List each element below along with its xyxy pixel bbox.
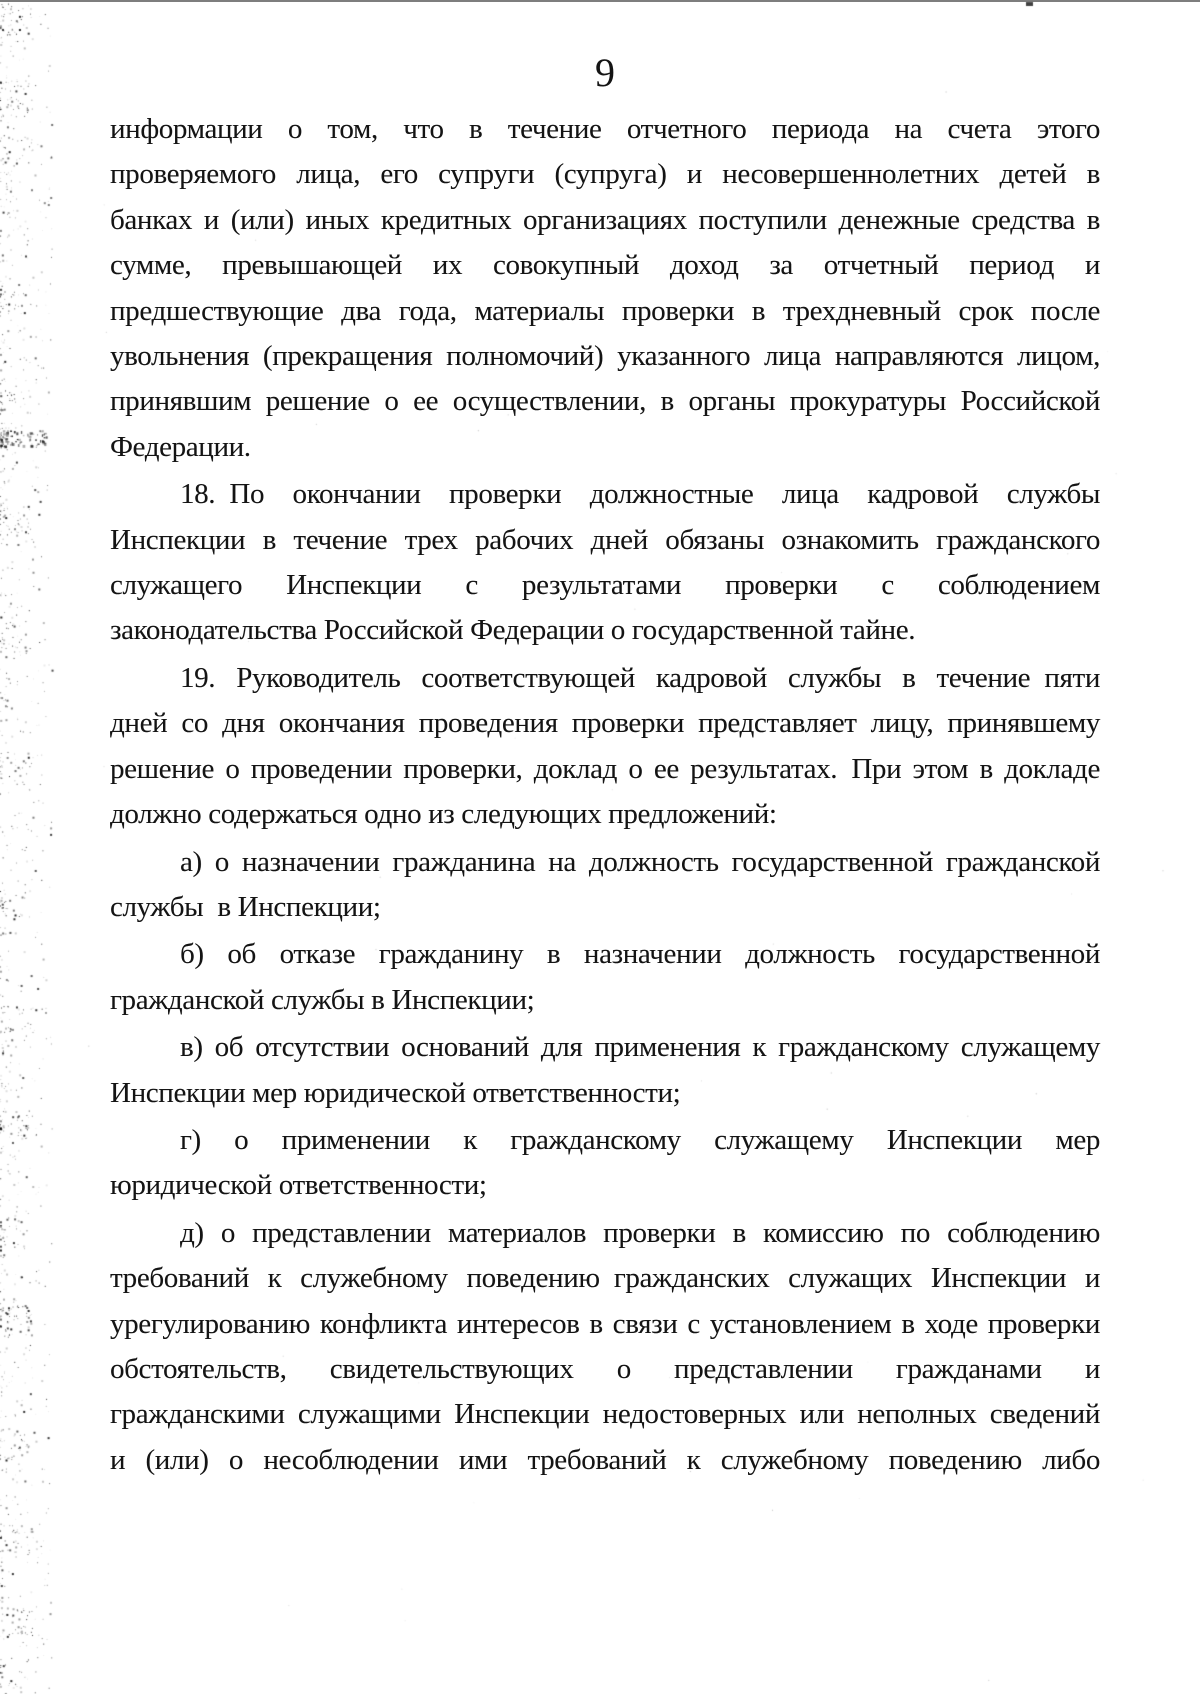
list-item-v: в) об отсутствии оснований для применени… bbox=[110, 1025, 1100, 1116]
text-line: Федерации. bbox=[110, 425, 1100, 470]
page-number: 9 bbox=[110, 52, 1100, 94]
text-line: урегулированию конфликта интересов в свя… bbox=[110, 1302, 1100, 1347]
text-line: банках и (или) иных кредитных организаци… bbox=[110, 198, 1100, 243]
text-line: и (или) о несоблюдении ими требований к … bbox=[110, 1438, 1100, 1483]
text-line: Инспекции в течение трех рабочих дней об… bbox=[110, 518, 1100, 563]
text-line: 19. Руководитель соответствующей кадрово… bbox=[110, 656, 1100, 701]
document-body: информации о том, что в течение отчетног… bbox=[110, 107, 1100, 1483]
paragraph-19: 19. Руководитель соответствующей кадрово… bbox=[110, 656, 1100, 838]
text-line: должно содержаться одно из следующих пре… bbox=[110, 792, 1100, 837]
text-line: обстоятельств, свидетельствующих о предс… bbox=[110, 1347, 1100, 1392]
document-page: 9 информации о том, что в течение отчетн… bbox=[0, 0, 1200, 1694]
text-line: сумме, превышающей их совокупный доход з… bbox=[110, 243, 1100, 288]
paragraph-18: 18. По окончании проверки должностные ли… bbox=[110, 472, 1100, 654]
text-line: требований к служебному поведению гражда… bbox=[110, 1256, 1100, 1301]
list-item-d: д) о представлении материалов проверки в… bbox=[110, 1211, 1100, 1483]
text-line: а) о назначении гражданина на должность … bbox=[110, 840, 1100, 885]
text-line: законодательства Российской Федерации о … bbox=[110, 608, 1100, 653]
text-line: служащего Инспекции с результатами прове… bbox=[110, 563, 1100, 608]
text-line: гражданскими служащими Инспекции недосто… bbox=[110, 1392, 1100, 1437]
text-line: г) о применении к гражданскому служащему… bbox=[110, 1118, 1100, 1163]
text-line: гражданской службы в Инспекции; bbox=[110, 978, 1100, 1023]
text-line: проверяемого лица, его супруги (супруга)… bbox=[110, 152, 1100, 197]
text-line: службы в Инспекции; bbox=[110, 885, 1100, 930]
text-line: юридической ответственности; bbox=[110, 1163, 1100, 1208]
list-item-b: б) об отказе гражданину в назначении дол… bbox=[110, 932, 1100, 1023]
text-line: предшествующие два года, материалы прове… bbox=[110, 289, 1100, 334]
paragraph-17-continuation: информации о том, что в течение отчетног… bbox=[110, 107, 1100, 470]
text-line: принявшим решение о ее осуществлении, в … bbox=[110, 379, 1100, 424]
scan-edge-line bbox=[0, 0, 1200, 2]
text-line: дней со дня окончания проведения проверк… bbox=[110, 701, 1100, 746]
list-item-g: г) о применении к гражданскому служащему… bbox=[110, 1118, 1100, 1209]
text-line: 18. По окончании проверки должностные ли… bbox=[110, 472, 1100, 517]
list-item-a: а) о назначении гражданина на должность … bbox=[110, 840, 1100, 931]
text-line: решение о проведении проверки, доклад о … bbox=[110, 747, 1100, 792]
text-line: увольнения (прекращения полномочий) указ… bbox=[110, 334, 1100, 379]
text-line: Инспекции мер юридической ответственност… bbox=[110, 1071, 1100, 1116]
text-line: информации о том, что в течение отчетног… bbox=[110, 107, 1100, 152]
document-content: 9 информации о том, что в течение отчетн… bbox=[110, 52, 1100, 1485]
text-line: б) об отказе гражданину в назначении дол… bbox=[110, 932, 1100, 977]
text-line: д) о представлении материалов проверки в… bbox=[110, 1211, 1100, 1256]
text-line: в) об отсутствии оснований для применени… bbox=[110, 1025, 1100, 1070]
